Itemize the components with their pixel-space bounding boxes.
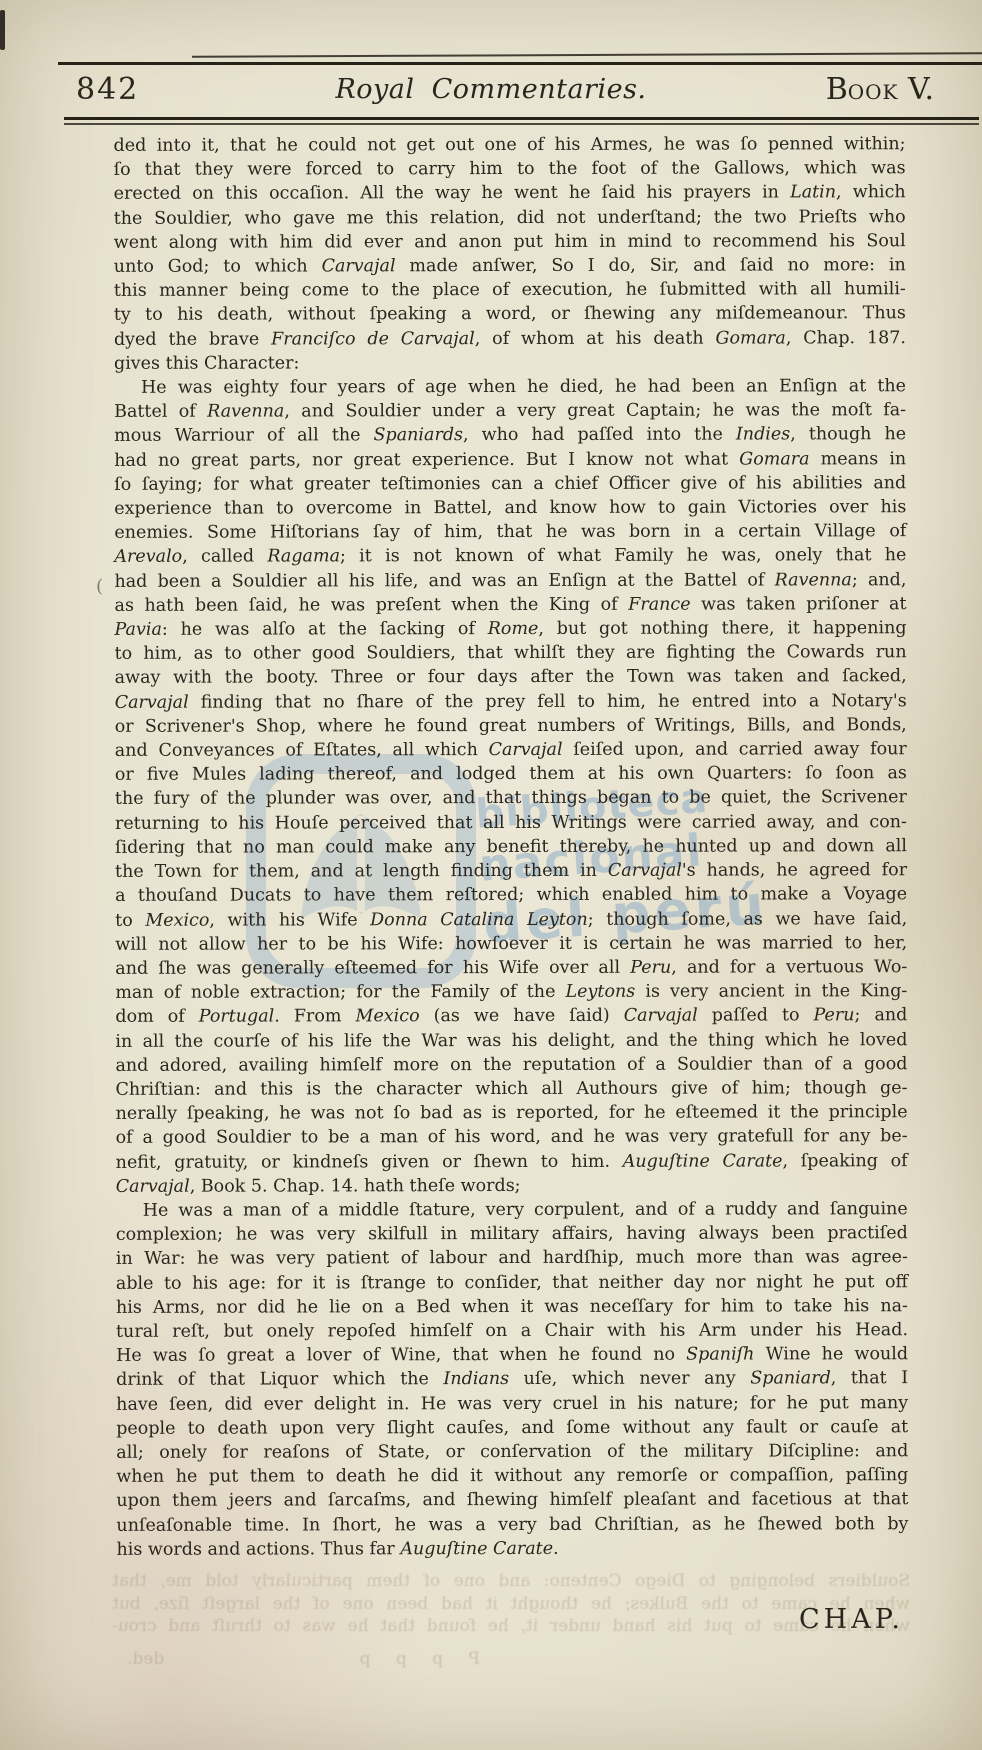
text-line: He was a man of a middle ſtature, very c… <box>116 1197 908 1223</box>
text-line: when he put them to death he did it with… <box>116 1463 908 1489</box>
text-line: experience than to overcome in Battel, a… <box>114 495 906 521</box>
book-label: BOOK V. <box>826 72 934 107</box>
text-line: have ſeen, did ever delight in. He was v… <box>116 1391 908 1417</box>
text-line: Chriſtian: and this is the character whi… <box>115 1076 907 1102</box>
text-line: unto God; to which Carvajal made anſwer,… <box>114 253 906 279</box>
text-line: away with the booty. Three or four days … <box>115 665 907 691</box>
text-line: had been a Souldier all his life, and wa… <box>114 568 906 594</box>
book-label-initial: B <box>826 72 848 107</box>
text-line: dom of Portugal. From Mexico (as we have… <box>115 1003 907 1029</box>
text-line: nefit, gratuity, or kindneſs given or ſh… <box>116 1149 908 1175</box>
showthrough-lines-container: Souldiers belonging to Diego Centeno: an… <box>112 1570 910 1638</box>
text-line: He was ſo great a lover of Wine, that wh… <box>116 1342 908 1368</box>
text-line: went along with him did ever and anon pu… <box>114 229 906 255</box>
showthrough-signature-row: P p p p ded. <box>112 1648 910 1671</box>
text-line: Battel of Ravenna, and Souldier under a … <box>114 398 906 424</box>
text-line: man of noble extraction; for the Family … <box>115 979 907 1005</box>
text-line: returning to his Houſe perceived that al… <box>115 810 907 836</box>
text-line: and ſhe was generally eſteemed for his W… <box>115 955 907 981</box>
text-line: the Town for them, and at length finding… <box>115 858 907 884</box>
text-line: complexion; he was very skilfull in mili… <box>116 1221 908 1247</box>
body-text: ded into it, that he could not get out o… <box>114 132 909 1562</box>
text-line: or five Mules lading thereof, and lodged… <box>115 761 907 787</box>
text-line: ſidering that no man could make any bene… <box>115 834 907 860</box>
header-bottom-rule-thin <box>64 123 979 125</box>
verso-showthrough-text: Souldiers belonging to Diego Centeno: an… <box>112 1570 910 1670</box>
text-line: unſeaſonable time. In ſhort, he was a ve… <box>116 1512 908 1538</box>
text-line: dyed the brave Franciſco de Carvajal, of… <box>114 326 906 352</box>
text-line: and Conveyances of Eſtates, all which Ca… <box>115 737 907 763</box>
text-line: Arevalo, called Ragama; it is not known … <box>114 544 906 570</box>
text-line: Carvajal finding that no ſhare of the pr… <box>115 689 907 715</box>
text-line: ſo that they were forced to carry him to… <box>114 156 906 182</box>
catchword: CHAP. <box>799 1604 904 1635</box>
text-line: this manner being come to the place of e… <box>114 277 906 303</box>
book-page-scan: 842 Royal Commentaries. BOOK V. bibliote… <box>0 0 982 1750</box>
text-line: ty to his death, without ſpeaking a word… <box>114 302 906 328</box>
text-line: drink of that Liquor which the Indians u… <box>116 1367 908 1393</box>
text-line: He was eighty four years of age when he … <box>114 374 906 400</box>
text-line: tural reſt, but onely repoſed himſelf on… <box>116 1318 908 1344</box>
text-line: all; onely for reaſons of State, or conſ… <box>116 1439 908 1465</box>
text-line: his Arms, nor did he lie on a Bed when i… <box>116 1294 908 1320</box>
scan-edge-artifact <box>0 10 5 50</box>
header-rule-thick <box>58 62 982 65</box>
header-rule-thin <box>192 52 982 57</box>
text-line: will not allow her to be his Wife: howſo… <box>115 931 907 957</box>
text-line: the fury of the plunder was over, and th… <box>115 786 907 812</box>
text-line: ſo ſaying; for what greater teſtimonies … <box>114 471 906 497</box>
text-line: nerally ſpeaking, he was not ſo bad as i… <box>116 1100 908 1126</box>
text-line: gives this Character: <box>114 350 906 376</box>
text-line: his words and actions. Thus far Auguſtin… <box>116 1536 908 1562</box>
text-line: enemies. Some Hiſtorians ſay of him, tha… <box>114 519 906 545</box>
text-line: to him, as to other good Souldiers, that… <box>115 640 907 666</box>
text-line: in War: he was very patient of labour an… <box>116 1246 908 1272</box>
text-line: erected on this occaſion. All the way he… <box>114 181 906 207</box>
book-label-numeral: V. <box>899 72 935 107</box>
showthrough-line: when he came to the Bulkes; he thought i… <box>112 1593 910 1616</box>
book-label-smallcaps: OOK <box>848 80 899 104</box>
text-line: able to his age: for it is ſtrange to co… <box>116 1270 908 1296</box>
text-line: or Scrivener's Shop, where he found grea… <box>115 713 907 739</box>
text-line: a thouſand Ducats to have them reſtored;… <box>115 882 907 908</box>
header-bottom-rule-thick <box>64 117 979 120</box>
text-line: in all the courſe of his life the War wa… <box>115 1028 907 1054</box>
text-line: and adored, availing himſelf more on the… <box>115 1052 907 1078</box>
showthrough-line: Souldiers belonging to Diego Centeno: an… <box>112 1570 910 1593</box>
text-line: Pavia: he was alſo at the ſacking of Rom… <box>115 616 907 642</box>
text-line: ded into it, that he could not get out o… <box>114 132 906 158</box>
text-line: to Mexico, with his Wife Donna Catalina … <box>115 907 907 933</box>
text-line: of a good Souldier to be a man of his wo… <box>116 1124 908 1150</box>
text-line: people to death upon very ſlight cauſes,… <box>116 1415 908 1441</box>
text-line: upon them jeers and ſarcaſms, and ſhewin… <box>116 1488 908 1514</box>
text-line: Carvajal, Book 5. Chap. 14. hath theſe w… <box>116 1173 908 1199</box>
text-line: mous Warriour of all the Spaniards, who … <box>114 423 906 449</box>
text-line: had no great parts, nor great experience… <box>114 447 906 473</box>
showthrough-line: when he came to put his hand under it, h… <box>112 1615 910 1638</box>
showthrough-catchword: ded. <box>127 1648 164 1671</box>
margin-stray-mark: ( <box>96 576 103 597</box>
text-line: the Souldier, who gave me this relation,… <box>114 205 906 231</box>
text-line: as hath been ſaid, he was preſent when t… <box>114 592 906 618</box>
signature-mark: P p p p <box>350 1648 480 1671</box>
